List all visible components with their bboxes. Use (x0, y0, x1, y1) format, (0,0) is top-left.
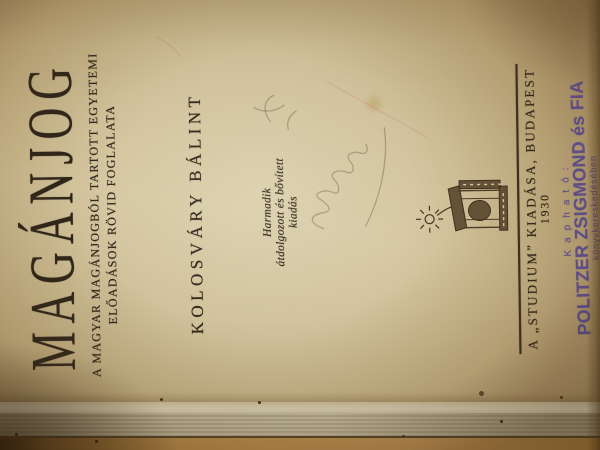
red-scratch-marks (0, 0, 600, 411)
book-cover-edge (0, 438, 600, 450)
book-title-page: MAGÁNJOG A MAGYAR MAGÁNJOGBÓL TARTOTT EG… (0, 0, 600, 411)
foxing-specks (15, 433, 18, 436)
photo-of-book-title-page: MAGÁNJOG A MAGYAR MAGÁNJOGBÓL TARTOTT EG… (0, 0, 600, 450)
page-cut-edge (0, 402, 600, 413)
underlying-page-edges (0, 413, 600, 436)
book-bottom-edges (0, 392, 600, 450)
page-curl-shadow (0, 392, 600, 402)
photo-right-shadow (586, 0, 600, 450)
